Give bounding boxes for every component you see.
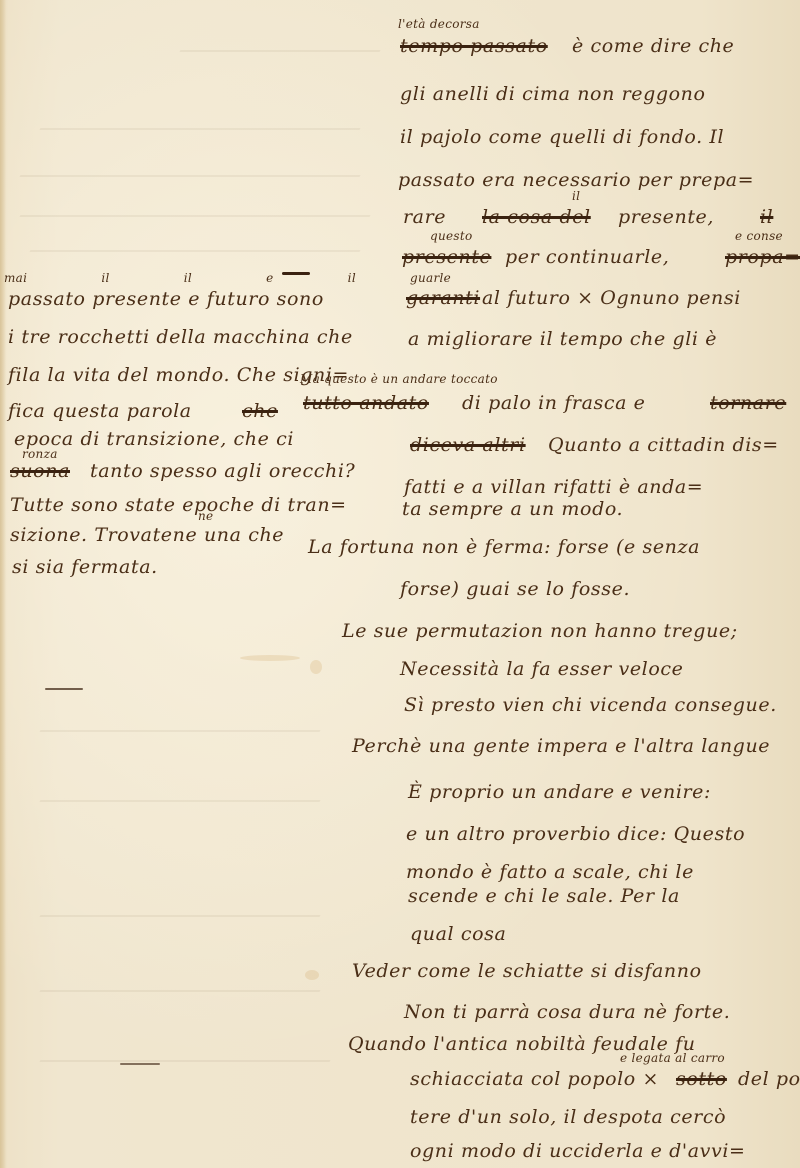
foxing-stain [240,655,300,661]
deleted-text: propa= [725,248,800,267]
deleted-text: sotto [676,1070,727,1089]
ink-mark [120,1063,160,1065]
insertion: ronza [22,448,58,460]
insertion: e legata al carro [620,1052,725,1064]
text-line: scende e chi le sale. Per la [408,887,680,906]
text-line: ta sempre a un modo. [402,500,623,519]
text-line: di palo in frasca e [462,394,646,413]
deleted-text: il [760,208,773,227]
text-line: ogni modo di ucciderla e d'avvi= [410,1142,746,1161]
text-line: fila la vita del mondo. Che signi= [8,366,349,385]
bleed-through [179,50,380,52]
verse-line: Veder come le schiatte si disfanno [352,962,702,981]
deleted-text: tempo passato [400,37,548,56]
text-line: Tutte sono state epoche di tran= [10,496,347,515]
verse-line: Sì presto vien chi vicenda consegue. [404,696,777,715]
text-line: passato era necessario per prepa= [398,171,754,190]
deleted-text: diceva altri [410,436,526,455]
verse-line: forse) guai se lo fosse. [400,580,630,599]
verse-line: Perchè una gente impera e l'altra langue [352,737,770,756]
ink-mark [45,688,83,690]
foxing-stain [305,970,319,980]
bleed-through [29,250,360,252]
verse-line: Necessità la fa esser veloce [400,660,683,679]
foxing-stain [310,660,322,674]
insertion: e conse [735,230,783,242]
text-line: passato presente e futuro sono [8,290,324,309]
insertion: il [572,190,580,202]
text-line: al futuro × Ognuno pensi [482,289,741,308]
text-line: qual cosa [410,925,506,944]
text-line: presente, [618,208,714,227]
text-line: Quanto a cittadin dis= [548,436,779,455]
deleted-text: garanti [406,289,480,308]
bleed-through [39,915,320,917]
deleted-text: suona [10,462,70,481]
text-line: fica questa parola [8,402,192,421]
bleed-through [19,215,370,217]
text-line: sizione. Trovatene una che [10,526,284,545]
insertion: guarle [410,272,451,284]
text-line: mondo è fatto a scale, chi le [406,863,694,882]
verse-line: Non ti parrà cosa dura nè forte. [404,1003,730,1022]
bleed-through [39,730,320,732]
deleted-text: tutto andato [303,394,429,413]
bleed-through [39,990,320,992]
deleted-text: tornare [710,394,786,413]
text-line: i tre rocchetti della macchina che [8,328,353,347]
text-line: È proprio un andare e venire: [408,783,711,802]
ink-blot [282,272,310,275]
deleted-text: presente [402,248,491,267]
bleed-through [39,128,360,130]
bleed-through [39,1060,330,1062]
bleed-through [19,175,360,177]
text-line: e un altro proverbio dice: Questo [406,825,745,844]
insertion: questo [430,230,473,242]
text-line: a migliorare il tempo che gli è [408,330,717,349]
insertion: l'età decorsa [398,18,480,30]
deleted-text: la cosa del [482,208,591,227]
text-line: rare [403,208,446,227]
text-line: è come dire che [572,37,734,56]
text-line: tere d'un solo, il despota cercò [410,1108,726,1127]
bleed-through [39,800,320,802]
verse-line: Le sue permutazion non hanno tregue; [342,622,738,641]
insertion: ne [198,510,213,522]
text-line: del po= [738,1070,800,1089]
text-line: schiacciata col popolo × [410,1070,659,1089]
manuscript-page: l'età decorsa tempo passato è come dire … [0,0,800,1168]
text-line: fatti e a villan rifatti è anda= [404,478,703,497]
paper-edge [0,0,6,1168]
text-line: per continuarle, [505,248,669,267]
deleted-text: che [242,402,278,421]
text-line: tanto spesso agli orecchi? [90,462,355,481]
text-line: si sia fermata. [12,558,158,577]
verse-line: La fortuna non è ferma: forse (e senza [308,538,700,557]
text-line: gli anelli di cima non reggono [400,85,706,104]
text-line: il pajolo come quelli di fondo. Il [400,128,724,147]
